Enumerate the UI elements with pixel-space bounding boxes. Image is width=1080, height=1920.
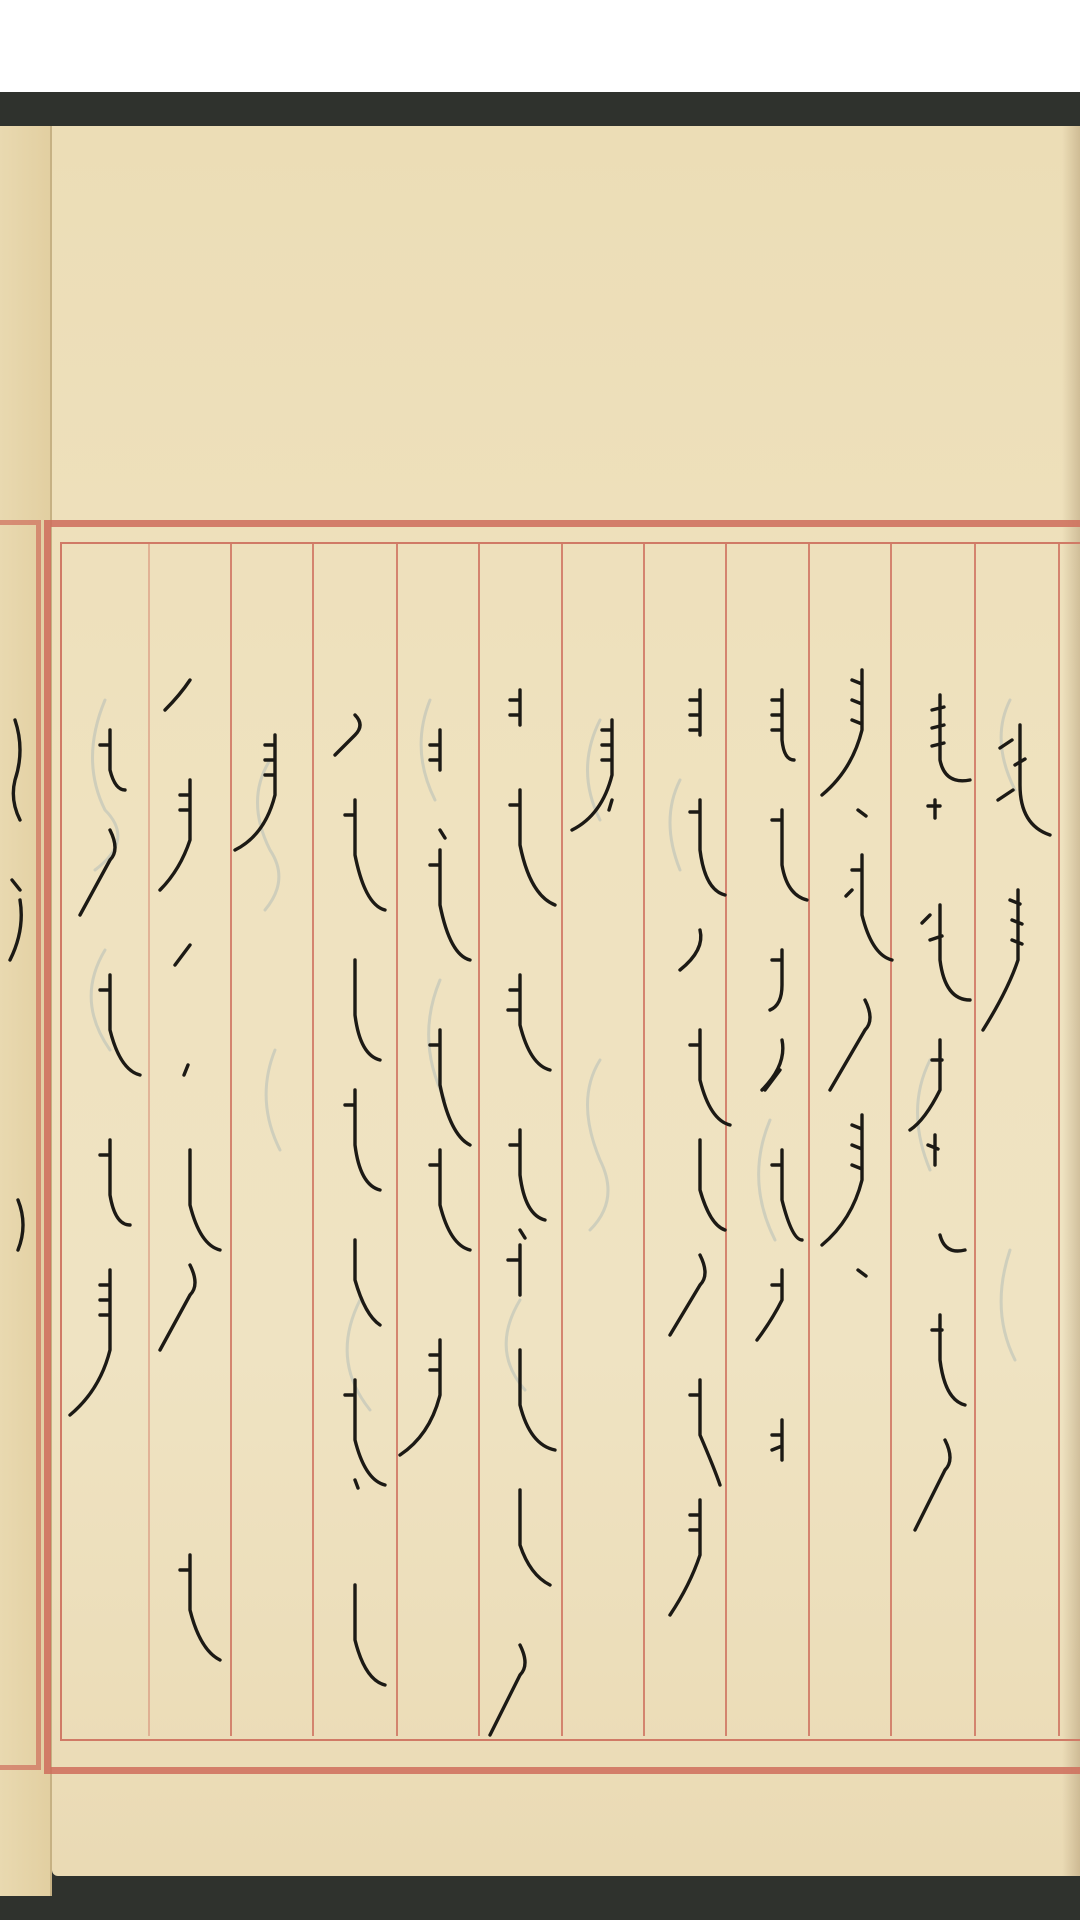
text-column-10 [335,715,385,1685]
text-column-13 [70,730,140,1415]
text-column-11 [235,735,275,850]
manchu-text [0,0,1080,1920]
text-column-9 [400,730,470,1455]
facing-page-text [10,720,23,1250]
text-column-12 [160,680,220,1660]
text-column-8 [490,690,555,1735]
text-column-7 [572,720,612,830]
text-column-4 [822,670,892,1276]
text-column-6 [670,690,730,1615]
text-column-3 [910,695,970,1530]
text-column-2 [983,725,1050,1030]
text-column-5 [757,690,807,1460]
